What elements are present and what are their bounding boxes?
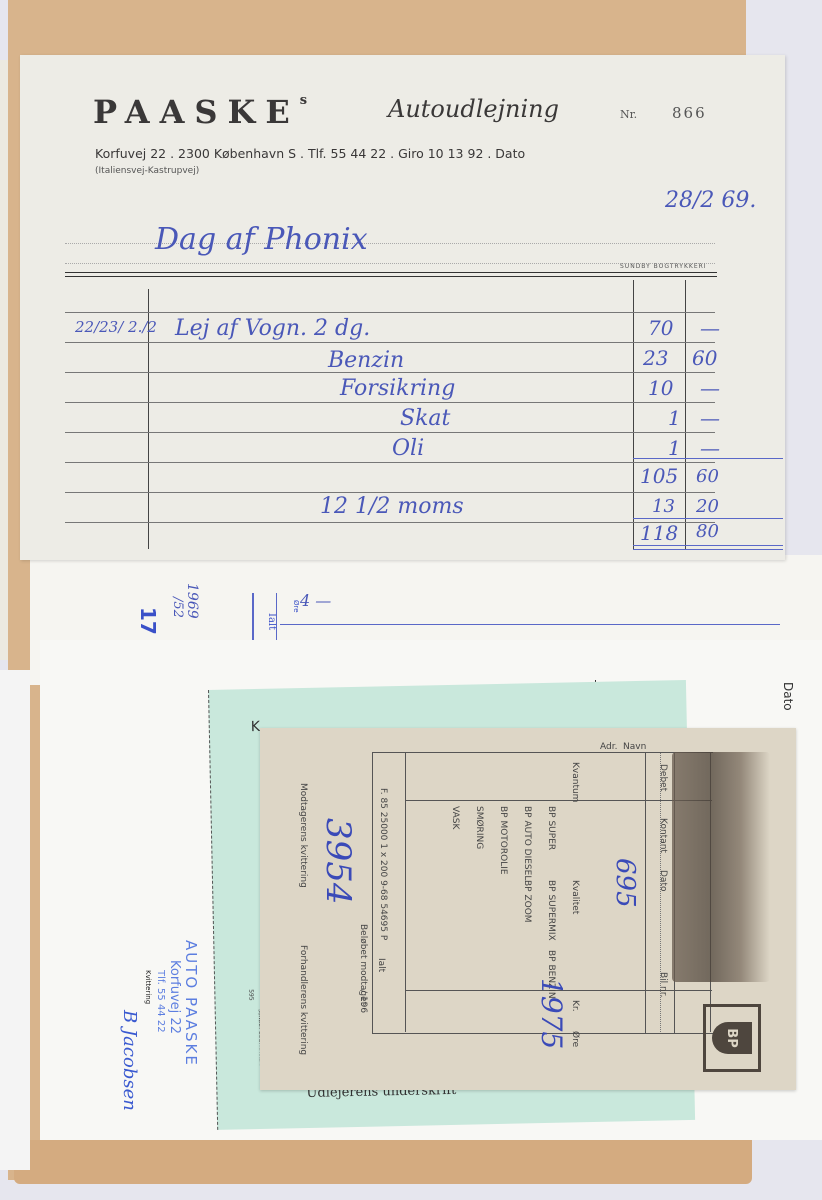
line-item-ore: — bbox=[700, 376, 720, 400]
total-kr: 118 bbox=[640, 521, 678, 545]
receipt-date: /52 bbox=[170, 597, 185, 618]
line-item-ore: — bbox=[700, 316, 720, 340]
printer-mark: SUNDBY BOGTRYKKERI bbox=[620, 263, 707, 270]
address-label: Adr. bbox=[600, 742, 617, 752]
line-item-kr: 23 bbox=[643, 346, 668, 370]
row-rule bbox=[65, 342, 715, 343]
column-rule bbox=[276, 593, 277, 643]
ialt-label: Ialt bbox=[376, 958, 386, 972]
product-bp-motorolie[interactable]: BP MOTOROLIE bbox=[498, 806, 508, 875]
row-rule bbox=[65, 402, 715, 403]
date-field: / 196 bbox=[358, 990, 368, 1013]
product-vask[interactable]: VASK bbox=[450, 806, 460, 829]
subtotal-rule bbox=[633, 458, 783, 459]
row-rule bbox=[65, 462, 715, 463]
line-item-ore: — bbox=[700, 406, 720, 430]
row-rule bbox=[65, 312, 715, 313]
dato-label: Dato bbox=[658, 870, 668, 891]
number-label: Nr. bbox=[620, 108, 637, 121]
kontant-label: Kontant bbox=[658, 818, 668, 853]
kr-column-rule bbox=[633, 280, 634, 550]
receipt-year: 1969 bbox=[184, 583, 200, 619]
bp-shield-icon: BP bbox=[712, 1022, 752, 1054]
company-address: Korfuvej 22 . 2300 København S . Tlf. 55… bbox=[95, 146, 525, 161]
ore-label: Øre bbox=[292, 600, 300, 613]
handwritten-amount: 1975 bbox=[535, 978, 568, 1049]
product-bp-super[interactable]: BP SUPER bbox=[546, 806, 556, 850]
form-code: 595 bbox=[247, 989, 254, 1001]
line-item-date: 22/23/ 2./2 bbox=[75, 318, 157, 336]
stamp-line-3: Tlf. 55 44 22 bbox=[155, 970, 166, 1033]
stamp-signature: B Jacobsen bbox=[119, 1010, 140, 1111]
stamp-line-1: AUTO PAASKE bbox=[182, 940, 200, 1067]
product-bp-auto-diesel[interactable]: BP AUTO DIESEL bbox=[522, 806, 532, 880]
line-item-description: Lej af Vogn. 2 dg. bbox=[175, 316, 370, 341]
total-ore: 80 bbox=[696, 521, 719, 542]
total-double-rule bbox=[633, 545, 783, 546]
product-bp-zoom[interactable]: BP ZOOM bbox=[522, 880, 532, 923]
row-rule bbox=[65, 522, 715, 523]
line-item-description: Benzin bbox=[328, 348, 404, 373]
bil-nr-label: Bil nr. bbox=[658, 972, 668, 997]
ore-label: Øre bbox=[570, 1031, 580, 1047]
line-item-description: Oli bbox=[392, 436, 424, 461]
kr-label: Kr. bbox=[570, 1000, 580, 1012]
line-item-kr: 10 bbox=[648, 376, 673, 400]
amount-handwritten: 4 — bbox=[300, 591, 331, 610]
manila-folder-edge bbox=[14, 1140, 752, 1184]
dealer-receipt-label: Forhandlerens kvittering bbox=[298, 945, 308, 1055]
dato-label: Dato bbox=[781, 682, 795, 711]
line-item-kr: 70 bbox=[648, 316, 673, 340]
row-rule bbox=[280, 624, 780, 625]
tax-description: 12 1/2 moms bbox=[320, 494, 464, 519]
tax-ore: 20 bbox=[696, 496, 719, 517]
handwritten-large: 3954 bbox=[318, 818, 358, 905]
debet-label: Debet bbox=[658, 764, 668, 791]
line-item-description: Skat bbox=[400, 406, 450, 431]
line-item-ore: 60 bbox=[692, 346, 717, 370]
line-item-kr: 1 bbox=[668, 436, 681, 460]
kvittering-label: Kvittering bbox=[144, 970, 152, 1004]
name-label: Navn bbox=[623, 742, 646, 752]
header-double-rule bbox=[65, 272, 717, 277]
ore-column-rule bbox=[685, 280, 686, 550]
row-rule bbox=[65, 432, 715, 433]
dotted-rule bbox=[65, 263, 715, 264]
receiver-receipt-label: Modtagerens kvittering bbox=[298, 783, 308, 888]
receipt-number: 17 bbox=[136, 607, 160, 635]
invoice-date: 28/2 69. bbox=[665, 188, 756, 213]
subtotal-kr: 105 bbox=[640, 464, 678, 488]
column-rule bbox=[252, 593, 254, 643]
subtotal-ore: 60 bbox=[696, 466, 719, 487]
total-rule bbox=[633, 518, 783, 519]
bp-logo: BP bbox=[703, 1004, 761, 1072]
company-name: PAASKEs bbox=[93, 93, 307, 131]
row-rule bbox=[65, 492, 715, 493]
background-paper-left-lower bbox=[0, 670, 30, 1170]
line-item-ore: — bbox=[700, 436, 720, 460]
company-address-sub: (Italiensvej-Kastrupvej) bbox=[95, 166, 199, 176]
line-item-kr: 1 bbox=[668, 406, 681, 430]
gas-station-illustration bbox=[672, 752, 770, 982]
handwritten-quality: 695 bbox=[610, 858, 640, 908]
total-double-rule bbox=[633, 549, 783, 550]
invoice-number: 866 bbox=[672, 104, 707, 122]
line-item-description: Forsikring bbox=[340, 376, 455, 401]
quality-label: Kvalitet bbox=[570, 880, 580, 914]
stamp-line-2: Korfuvej 22 bbox=[167, 960, 182, 1034]
tax-kr: 13 bbox=[652, 496, 675, 517]
business-type: Autoudlejning bbox=[388, 95, 559, 123]
customer-name: Dag af Phonix bbox=[155, 222, 368, 257]
form-code: F. 85 25000 1 x 200 9-68 54695 P bbox=[378, 788, 388, 940]
quantity-label: Kvantum bbox=[570, 762, 580, 802]
product-bp-supermix[interactable]: BP SUPERMIX bbox=[546, 880, 556, 941]
product-smoring[interactable]: SMØRING bbox=[474, 806, 484, 849]
